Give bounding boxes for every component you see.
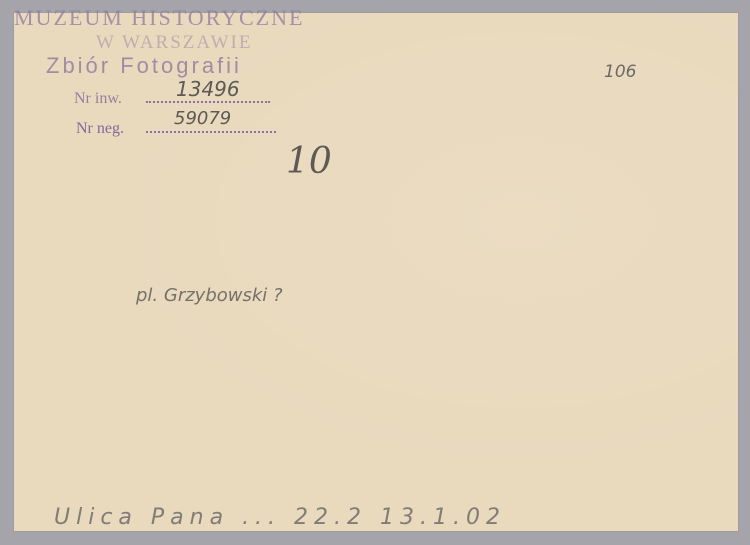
handwritten-note: pl. Grzybowski ? [136,285,283,306]
negative-number: 59079 [174,108,231,129]
corner-number: 106 [604,62,636,82]
handwritten-mark: 10 [286,141,332,182]
inventory-number: 13496 [176,77,240,101]
stamp-city: W WARSZAWIE [96,32,252,54]
inventory-label: Nr inw. [74,90,122,108]
bottom-handwriting: Ulica Pana ... 22.2 13.1.02 [54,505,506,530]
negative-label: Nr neg. [76,120,124,138]
photo-back-card: MUZEUM HISTORYCZNE W WARSZAWIE Zbiór Fot… [14,13,738,531]
stamp-collection: Zbiór Fotografii [46,53,242,79]
stamp-museum-name: MUZEUM HISTORYCZNE [14,5,304,31]
negative-dotted-line [146,131,276,133]
inventory-dotted-line [146,101,270,103]
